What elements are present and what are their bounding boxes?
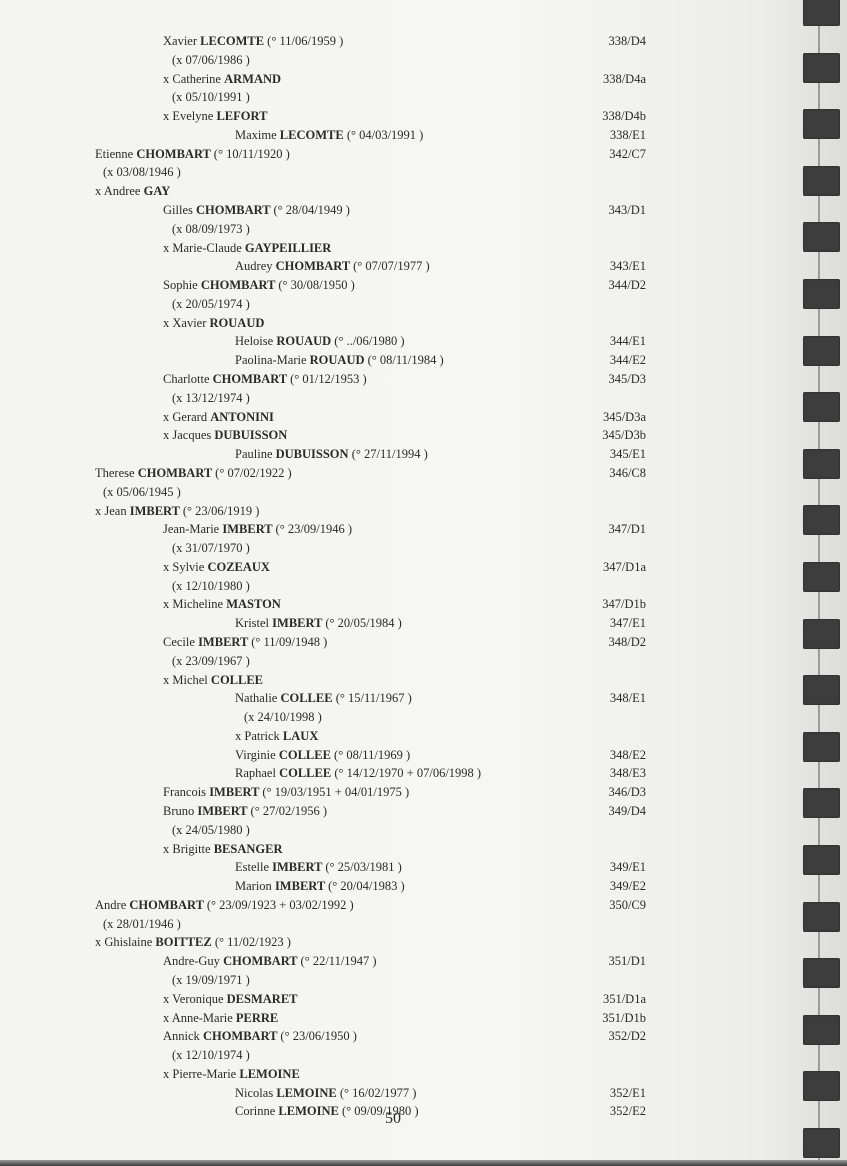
spiral-ring xyxy=(803,1071,840,1101)
entry-given-name: Evelyne xyxy=(172,109,216,123)
entry-line: x Anne-Marie PERRE xyxy=(163,1009,278,1027)
page-number: 50 xyxy=(385,1110,401,1128)
entry-given-name: Cecile xyxy=(163,635,198,649)
entry-surname: IMBERT xyxy=(275,879,328,893)
entry-reference: 351/D1b xyxy=(566,1009,646,1027)
entry-line: x Jacques DUBUISSON xyxy=(163,426,287,444)
entry-given-name: Bruno xyxy=(163,804,197,818)
entry-dates: (x 05/06/1945 ) xyxy=(103,485,181,499)
entry-line: (x 12/10/1980 ) xyxy=(172,577,250,595)
entry-given-name: Francois xyxy=(163,785,209,799)
spiral-ring xyxy=(803,732,840,762)
entry-line: (x 23/09/1967 ) xyxy=(172,652,250,670)
entry-given-name: Andre-Guy xyxy=(163,954,223,968)
entry-prefix: x xyxy=(163,992,172,1006)
entry-line: Jean-Marie IMBERT (° 23/09/1946 ) xyxy=(163,520,352,538)
entry-dates: (x 20/05/1974 ) xyxy=(172,297,250,311)
entry-line: (x 05/10/1991 ) xyxy=(172,88,250,106)
entry-surname: IMBERT xyxy=(222,522,275,536)
entry-given-name: Patrick xyxy=(244,729,283,743)
entry-reference: 338/E1 xyxy=(566,126,646,144)
entry-line: Andre-Guy CHOMBART (° 22/11/1947 ) xyxy=(163,952,377,970)
entry-reference: 348/E1 xyxy=(566,689,646,707)
entry-line: Pauline DUBUISSON (° 27/11/1994 ) xyxy=(235,445,428,463)
entry-dates: (° 10/11/1920 ) xyxy=(214,147,290,161)
entry-prefix: x xyxy=(163,109,172,123)
spiral-ring xyxy=(803,166,840,196)
entry-line: x Jean IMBERT (° 23/06/1919 ) xyxy=(95,502,259,520)
entry-given-name: Corinne xyxy=(235,1104,278,1118)
entry-given-name: Raphael xyxy=(235,766,279,780)
entry-dates: (° 23/06/1950 ) xyxy=(280,1029,357,1043)
entry-line: x Andree GAY xyxy=(95,182,170,200)
entry-prefix: x xyxy=(163,673,172,687)
entry-line: (x 24/05/1980 ) xyxy=(172,821,250,839)
spiral-ring xyxy=(803,619,840,649)
entry-surname: IMBERT xyxy=(130,504,183,518)
entry-prefix: x xyxy=(163,316,172,330)
entry-surname: LEMOINE xyxy=(276,1086,340,1100)
entry-reference: 351/D1a xyxy=(566,990,646,1008)
entry-reference: 345/D3 xyxy=(566,370,646,388)
entry-dates: (x 07/06/1986 ) xyxy=(172,53,250,67)
entry-given-name: Estelle xyxy=(235,860,272,874)
entry-surname: ROUAUD xyxy=(210,316,265,330)
spiral-ring xyxy=(803,0,840,26)
entry-line: Heloise ROUAUD (° ../06/1980 ) xyxy=(235,332,405,350)
entry-reference: 343/D1 xyxy=(566,201,646,219)
spiral-ring xyxy=(803,392,840,422)
entry-surname: DUBUISSON xyxy=(214,428,287,442)
entry-given-name: Jean-Marie xyxy=(163,522,222,536)
spiral-ring xyxy=(803,279,840,309)
entry-surname: GAY xyxy=(144,184,171,198)
spiral-ring xyxy=(803,675,840,705)
entry-given-name: Heloise xyxy=(235,334,276,348)
entry-dates: (x 13/12/1974 ) xyxy=(172,391,250,405)
entry-reference: 347/D1a xyxy=(566,558,646,576)
entry-dates: (° 08/11/1969 ) xyxy=(334,748,410,762)
entry-given-name: Ghislaine xyxy=(104,935,155,949)
entry-line: x Pierre-Marie LEMOINE xyxy=(163,1065,300,1083)
entry-line: Maxime LECOMTE (° 04/03/1991 ) xyxy=(235,126,423,144)
entry-dates: (° 19/03/1951 + 04/01/1975 ) xyxy=(262,785,409,799)
entry-given-name: Michel xyxy=(172,673,211,687)
spiral-ring xyxy=(803,53,840,83)
entry-line: Charlotte CHOMBART (° 01/12/1953 ) xyxy=(163,370,367,388)
entry-reference: 348/E3 xyxy=(566,764,646,782)
entry-given-name: Charlotte xyxy=(163,372,213,386)
spiral-ring xyxy=(803,1128,840,1158)
entry-line: (x 05/06/1945 ) xyxy=(103,483,181,501)
entry-line: Kristel IMBERT (° 20/05/1984 ) xyxy=(235,614,402,632)
entry-dates: (° 16/02/1977 ) xyxy=(340,1086,417,1100)
entry-given-name: Gerard xyxy=(172,410,210,424)
entry-dates: (° 14/12/1970 + 07/06/1998 ) xyxy=(334,766,481,780)
entry-dates: (° 25/03/1981 ) xyxy=(325,860,402,874)
entry-surname: COLLEE xyxy=(280,691,335,705)
entry-dates: (° 28/04/1949 ) xyxy=(273,203,350,217)
entry-given-name: Kristel xyxy=(235,616,272,630)
entry-reference: 345/D3b xyxy=(566,426,646,444)
entry-prefix: x xyxy=(163,410,172,424)
entry-given-name: Gilles xyxy=(163,203,196,217)
entry-prefix: x xyxy=(163,241,172,255)
entry-prefix: x xyxy=(163,597,172,611)
entry-line: x Brigitte BESANGER xyxy=(163,840,282,858)
entry-surname: IMBERT xyxy=(272,860,325,874)
entry-surname: DESMARET xyxy=(227,992,298,1006)
entry-line: Marion IMBERT (° 20/04/1983 ) xyxy=(235,877,405,895)
spiral-ring xyxy=(803,222,840,252)
entry-line: x Michel COLLEE xyxy=(163,671,263,689)
entry-reference: 352/E1 xyxy=(566,1084,646,1102)
entry-dates: (° 23/09/1923 + 03/02/1992 ) xyxy=(207,898,354,912)
entry-surname: DUBUISSON xyxy=(276,447,352,461)
entry-dates: (x 19/09/1971 ) xyxy=(172,973,250,987)
spiral-ring xyxy=(803,902,840,932)
entry-dates: (x 12/10/1980 ) xyxy=(172,579,250,593)
entry-line: x Xavier ROUAUD xyxy=(163,314,264,332)
entry-given-name: Marie-Claude xyxy=(172,241,245,255)
entry-line: (x 20/05/1974 ) xyxy=(172,295,250,313)
entry-surname: CHOMBART xyxy=(129,898,206,912)
entry-surname: BESANGER xyxy=(214,842,283,856)
spiral-ring xyxy=(803,845,840,875)
entry-prefix: x xyxy=(95,184,104,198)
entry-dates: (° 08/11/1984 ) xyxy=(368,353,444,367)
entry-line: (x 07/06/1986 ) xyxy=(172,51,250,69)
entry-line: x Ghislaine BOITTEZ (° 11/02/1923 ) xyxy=(95,933,291,951)
entry-dates: (° 07/07/1977 ) xyxy=(353,259,430,273)
entry-line: x Catherine ARMAND xyxy=(163,70,281,88)
entry-given-name: Annick xyxy=(163,1029,203,1043)
spiral-ring xyxy=(803,449,840,479)
entry-line: (x 12/10/1974 ) xyxy=(172,1046,250,1064)
entry-dates: (x 28/01/1946 ) xyxy=(103,917,181,931)
entry-reference: 352/E2 xyxy=(566,1102,646,1120)
entry-line: Francois IMBERT (° 19/03/1951 + 04/01/19… xyxy=(163,783,409,801)
entry-given-name: Pauline xyxy=(235,447,276,461)
entry-given-name: Catherine xyxy=(172,72,224,86)
entry-reference: 338/D4 xyxy=(566,32,646,50)
entry-prefix: x xyxy=(235,729,244,743)
entry-dates: (° 15/11/1967 ) xyxy=(336,691,412,705)
entry-reference: 344/D2 xyxy=(566,276,646,294)
entry-line: Cecile IMBERT (° 11/09/1948 ) xyxy=(163,633,327,651)
entry-surname: COLLEE xyxy=(279,748,334,762)
entry-given-name: Sophie xyxy=(163,278,201,292)
entry-dates: (° 07/02/1922 ) xyxy=(215,466,292,480)
entry-line: Andre CHOMBART (° 23/09/1923 + 03/02/199… xyxy=(95,896,354,914)
entry-given-name: Therese xyxy=(95,466,138,480)
entry-surname: CHOMBART xyxy=(223,954,300,968)
entry-prefix: x xyxy=(95,935,104,949)
entry-reference: 349/E2 xyxy=(566,877,646,895)
entry-reference: 348/E2 xyxy=(566,746,646,764)
entry-reference: 346/D3 xyxy=(566,783,646,801)
entry-given-name: Andre xyxy=(95,898,129,912)
entry-given-name: Maxime xyxy=(235,128,280,142)
entry-line: Estelle IMBERT (° 25/03/1981 ) xyxy=(235,858,402,876)
entry-dates: (° 23/06/1919 ) xyxy=(183,504,260,518)
entry-surname: GAYPEILLIER xyxy=(245,241,331,255)
entry-surname: ROUAUD xyxy=(276,334,334,348)
entry-line: Annick CHOMBART (° 23/06/1950 ) xyxy=(163,1027,357,1045)
entry-given-name: Etienne xyxy=(95,147,136,161)
entry-dates: (x 08/09/1973 ) xyxy=(172,222,250,236)
entry-dates: (° 11/09/1948 ) xyxy=(251,635,327,649)
entry-reference: 349/E1 xyxy=(566,858,646,876)
entry-prefix: x xyxy=(163,842,172,856)
entry-surname: CHOMBART xyxy=(136,147,213,161)
entry-line: Paolina-Marie ROUAUD (° 08/11/1984 ) xyxy=(235,351,444,369)
entry-reference: 338/D4b xyxy=(566,107,646,125)
entry-given-name: Andree xyxy=(104,184,144,198)
entry-line: (x 19/09/1971 ) xyxy=(172,971,250,989)
entry-dates: (° 23/09/1946 ) xyxy=(276,522,353,536)
entry-reference: 351/D1 xyxy=(566,952,646,970)
entry-surname: MASTON xyxy=(226,597,281,611)
entry-line: (x 31/07/1970 ) xyxy=(172,539,250,557)
entry-reference: 345/D3a xyxy=(566,408,646,426)
entry-line: Etienne CHOMBART (° 10/11/1920 ) xyxy=(95,145,290,163)
entry-dates: (° 27/02/1956 ) xyxy=(251,804,328,818)
entry-reference: 347/E1 xyxy=(566,614,646,632)
entry-line: x Evelyne LEFORT xyxy=(163,107,267,125)
entry-dates: (° 11/06/1959 ) xyxy=(267,34,343,48)
spiral-ring xyxy=(803,958,840,988)
entry-reference: 347/D1 xyxy=(566,520,646,538)
entry-prefix: x xyxy=(163,1011,172,1025)
entry-line: Raphael COLLEE (° 14/12/1970 + 07/06/199… xyxy=(235,764,481,782)
entry-surname: CHOMBART xyxy=(196,203,273,217)
entry-line: x Veronique DESMARET xyxy=(163,990,298,1008)
entry-surname: LECOMTE xyxy=(200,34,267,48)
entry-surname: BOITTEZ xyxy=(155,935,214,949)
entry-given-name: Paolina-Marie xyxy=(235,353,310,367)
entry-dates: (° 09/09/1980 ) xyxy=(342,1104,419,1118)
entry-prefix: x xyxy=(163,72,172,86)
entry-surname: CHOMBART xyxy=(203,1029,280,1043)
entry-line: x Patrick LAUX xyxy=(235,727,318,745)
entry-given-name: Micheline xyxy=(172,597,226,611)
entry-dates: (° 01/12/1953 ) xyxy=(290,372,367,386)
entry-prefix: x xyxy=(95,504,104,518)
entry-reference: 345/E1 xyxy=(566,445,646,463)
entry-surname: ROUAUD xyxy=(310,353,368,367)
entry-given-name: Marion xyxy=(235,879,275,893)
entry-line: x Micheline MASTON xyxy=(163,595,281,613)
entry-prefix: x xyxy=(163,1067,172,1081)
page-bottom-edge xyxy=(0,1160,847,1166)
entry-line: x Gerard ANTONINI xyxy=(163,408,274,426)
entry-surname: CHOMBART xyxy=(138,466,215,480)
entry-dates: (x 23/09/1967 ) xyxy=(172,654,250,668)
spiral-ring xyxy=(803,788,840,818)
entry-line: Sophie CHOMBART (° 30/08/1950 ) xyxy=(163,276,355,294)
entry-line: Gilles CHOMBART (° 28/04/1949 ) xyxy=(163,201,350,219)
entry-prefix: x xyxy=(163,428,172,442)
entry-line: x Marie-Claude GAYPEILLIER xyxy=(163,239,331,257)
entry-reference: 343/E1 xyxy=(566,257,646,275)
entry-surname: IMBERT xyxy=(197,804,250,818)
entry-surname: LEMOINE xyxy=(278,1104,342,1118)
entry-reference: 352/D2 xyxy=(566,1027,646,1045)
entry-dates: (° 30/08/1950 ) xyxy=(278,278,355,292)
entry-dates: (° 20/05/1984 ) xyxy=(325,616,402,630)
entry-given-name: Nathalie xyxy=(235,691,280,705)
entry-dates: (x 24/10/1998 ) xyxy=(244,710,322,724)
entry-reference: 338/D4a xyxy=(566,70,646,88)
entry-line: x Sylvie COZEAUX xyxy=(163,558,270,576)
entry-line: Therese CHOMBART (° 07/02/1922 ) xyxy=(95,464,292,482)
entry-surname: CHOMBART xyxy=(276,259,353,273)
spiral-ring xyxy=(803,109,840,139)
entry-given-name: Veronique xyxy=(172,992,227,1006)
entry-reference: 347/D1b xyxy=(566,595,646,613)
entry-dates: (x 24/05/1980 ) xyxy=(172,823,250,837)
spiral-ring xyxy=(803,505,840,535)
entry-reference: 344/E1 xyxy=(566,332,646,350)
entry-reference: 342/C7 xyxy=(566,145,646,163)
entry-dates: (° 27/11/1994 ) xyxy=(352,447,428,461)
entry-surname: LECOMTE xyxy=(280,128,347,142)
entry-dates: (° ../06/1980 ) xyxy=(334,334,404,348)
entry-dates: (x 31/07/1970 ) xyxy=(172,541,250,555)
entry-line: Bruno IMBERT (° 27/02/1956 ) xyxy=(163,802,327,820)
entry-given-name: Jean xyxy=(104,504,129,518)
entry-reference: 349/D4 xyxy=(566,802,646,820)
entry-line: (x 08/09/1973 ) xyxy=(172,220,250,238)
spiral-ring xyxy=(803,562,840,592)
entry-reference: 344/E2 xyxy=(566,351,646,369)
entry-line: Virginie COLLEE (° 08/11/1969 ) xyxy=(235,746,410,764)
entry-dates: (x 05/10/1991 ) xyxy=(172,90,250,104)
entry-surname: ARMAND xyxy=(224,72,281,86)
entry-given-name: Pierre-Marie xyxy=(172,1067,239,1081)
entry-surname: PERRE xyxy=(236,1011,278,1025)
entry-dates: (° 22/11/1947 ) xyxy=(301,954,377,968)
entry-given-name: Virginie xyxy=(235,748,279,762)
entry-surname: IMBERT xyxy=(198,635,251,649)
entry-dates: (x 12/10/1974 ) xyxy=(172,1048,250,1062)
entry-surname: IMBERT xyxy=(209,785,262,799)
entry-dates: (x 03/08/1946 ) xyxy=(103,165,181,179)
entry-reference: 350/C9 xyxy=(566,896,646,914)
entry-dates: (° 20/04/1983 ) xyxy=(328,879,405,893)
entry-surname: COZEAUX xyxy=(207,560,270,574)
entry-dates: (° 11/02/1923 ) xyxy=(215,935,291,949)
entry-given-name: Audrey xyxy=(235,259,276,273)
entry-reference: 348/D2 xyxy=(566,633,646,651)
entry-surname: IMBERT xyxy=(272,616,325,630)
entry-surname: LEMOINE xyxy=(239,1067,299,1081)
entry-surname: CHOMBART xyxy=(201,278,278,292)
scanned-page: Xavier LECOMTE (° 11/06/1959 )338/D4(x 0… xyxy=(0,0,847,1166)
entry-dates: (° 04/03/1991 ) xyxy=(347,128,424,142)
entry-line: Nicolas LEMOINE (° 16/02/1977 ) xyxy=(235,1084,416,1102)
entry-line: (x 03/08/1946 ) xyxy=(103,163,181,181)
entry-surname: LAUX xyxy=(283,729,318,743)
entry-prefix: x xyxy=(163,560,172,574)
entry-line: (x 28/01/1946 ) xyxy=(103,915,181,933)
entry-surname: COLLEE xyxy=(211,673,263,687)
entry-given-name: Nicolas xyxy=(235,1086,276,1100)
entry-surname: COLLEE xyxy=(279,766,334,780)
entry-given-name: Anne-Marie xyxy=(172,1011,236,1025)
entry-given-name: Brigitte xyxy=(172,842,213,856)
entry-surname: CHOMBART xyxy=(213,372,290,386)
entry-surname: ANTONINI xyxy=(210,410,274,424)
entry-line: Xavier LECOMTE (° 11/06/1959 ) xyxy=(163,32,343,50)
entry-line: Audrey CHOMBART (° 07/07/1977 ) xyxy=(235,257,430,275)
entry-given-name: Sylvie xyxy=(172,560,207,574)
entry-given-name: Jacques xyxy=(172,428,214,442)
spiral-ring xyxy=(803,336,840,366)
entry-given-name: Xavier xyxy=(163,34,200,48)
entry-line: (x 24/10/1998 ) xyxy=(244,708,322,726)
entry-given-name: Xavier xyxy=(172,316,209,330)
entry-line: (x 13/12/1974 ) xyxy=(172,389,250,407)
entry-surname: LEFORT xyxy=(216,109,267,123)
entry-reference: 346/C8 xyxy=(566,464,646,482)
entry-line: Nathalie COLLEE (° 15/11/1967 ) xyxy=(235,689,412,707)
spiral-ring xyxy=(803,1015,840,1045)
